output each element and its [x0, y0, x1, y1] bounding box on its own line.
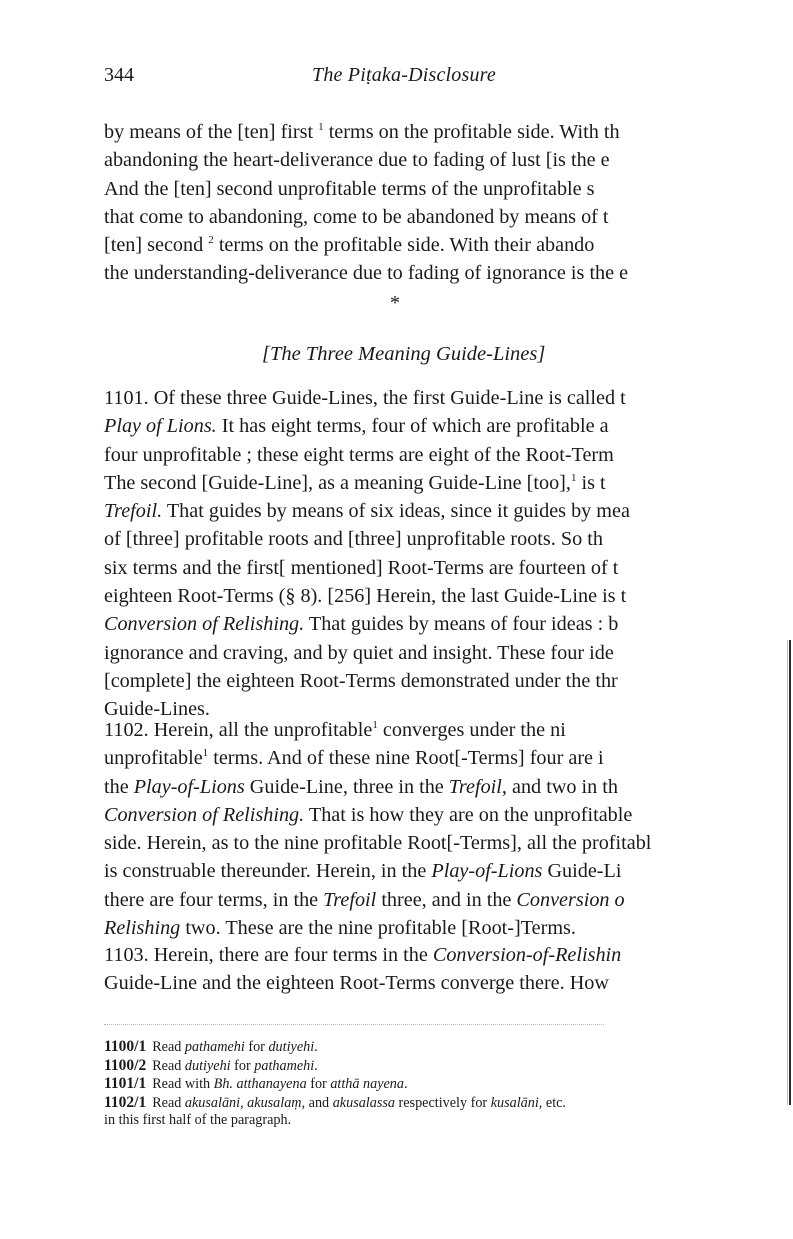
text-run: four unprofitable ; these eight terms ar… [104, 444, 614, 466]
text-line: And the [ten] second unprofitable terms … [104, 175, 793, 203]
text-line: Relishing two. These are the nine profit… [104, 914, 793, 942]
text-run: , and two in th [502, 776, 618, 798]
text-run: , etc. [539, 1095, 566, 1111]
text-run: That guides by means of four ideas : b [304, 613, 618, 635]
text-run: terms on the profitable side. With their… [214, 234, 595, 256]
text-line: six terms and the first[ mentioned] Root… [104, 554, 793, 582]
footnotes: 1100/1Read pathamehi for dutiyehi.1100/2… [104, 1038, 566, 1130]
text-run: That is how they are on the unprofitable [304, 804, 632, 826]
text-run: And the [ten] second unprofitable terms … [104, 178, 595, 200]
text-run: Guide-Line and the eighteen Root-Terms c… [104, 972, 609, 994]
text-line: abandoning the heart-deliverance due to … [104, 146, 793, 174]
text-run: three, and in the [376, 889, 516, 911]
footnote-number: 1102/1 [104, 1094, 146, 1111]
italic-run: Trefoil [449, 776, 502, 798]
text-run: in this first half of the paragraph. [104, 1112, 291, 1128]
italic-run: dutiyehi [185, 1058, 231, 1074]
italic-run: Trefoil [323, 889, 376, 911]
text-line: [complete] the eighteen Root-Terms demon… [104, 667, 793, 695]
text-run: there are four terms, in the [104, 889, 323, 911]
italic-run: Trefoil. [104, 500, 162, 522]
text-run: , and [302, 1095, 333, 1111]
text-line: the Play-of-Lions Guide-Line, three in t… [104, 773, 793, 801]
footnote: in this first half of the paragraph. [104, 1112, 566, 1130]
italic-run: dutiyehi [268, 1039, 314, 1055]
text-line: Play of Lions. It has eight terms, four … [104, 412, 793, 440]
italic-run: pathamehi [185, 1039, 245, 1055]
italic-run: atthā nayena [330, 1076, 404, 1092]
text-line: that come to abandoning, come to be aban… [104, 203, 793, 231]
footnote-number: 1100/1 [104, 1038, 146, 1055]
text-line: by means of the [ten] first 1 terms on t… [104, 118, 793, 146]
text-run: respectively for [395, 1095, 491, 1111]
running-title: The Piṭaka-Disclosure [312, 64, 496, 87]
text-run: ignorance and craving, and by quiet and … [104, 642, 614, 664]
text-run: 1102. Herein, all the unprofitable [104, 719, 372, 741]
footnote: 1102/1Read akusalāni, akusalaṃ, and akus… [104, 1094, 566, 1113]
text-line: of [three] profitable roots and [three] … [104, 525, 793, 553]
italic-run: Conversion-of-Relishin [433, 944, 621, 966]
text-run: Guide-Line, three in the [245, 776, 449, 798]
text-run: 1103. Herein, there are four terms in th… [104, 944, 433, 966]
footnote-number: 1100/2 [104, 1057, 146, 1074]
italic-run: Play of Lions. [104, 415, 217, 437]
page-number: 344 [104, 64, 134, 87]
text-run: by means of the [ten] first [104, 121, 318, 143]
text-run: It has eight terms, four of which are pr… [217, 415, 609, 437]
text-run: . [314, 1039, 318, 1055]
paragraph-1101: 1101. Of these three Guide-Lines, the fi… [104, 384, 793, 724]
text-run: two. These are the nine profitable [Root… [180, 917, 576, 939]
italic-run: kusalāni [491, 1095, 539, 1111]
text-line: side. Herein, as to the nine profitable … [104, 829, 793, 857]
footnote-number: 1101/1 [104, 1075, 146, 1092]
text-run: The second [Guide-Line], as a meaning Gu… [104, 472, 571, 494]
text-run: the [104, 776, 134, 798]
text-run: [complete] the eighteen Root-Terms demon… [104, 670, 618, 692]
text-run: Guide-Li [542, 860, 621, 882]
scan-edge-line [789, 640, 791, 1105]
continuation-paragraph: by means of the [ten] first 1 terms on t… [104, 118, 793, 288]
text-run: Read [152, 1039, 185, 1055]
text-run: terms on the profitable side. With th [324, 121, 620, 143]
text-line: 1101. Of these three Guide-Lines, the fi… [104, 384, 793, 412]
text-run: converges under the ni [378, 719, 566, 741]
text-run: that come to abandoning, come to be aban… [104, 206, 609, 228]
text-line: Trefoil. That guides by means of six ide… [104, 497, 793, 525]
text-line: Conversion of Relishing. That is how the… [104, 801, 793, 829]
text-line: Conversion of Relishing. That guides by … [104, 610, 793, 638]
text-line: unprofitable1 terms. And of these nine R… [104, 744, 793, 772]
book-page: 344 The Piṭaka-Disclosure by means of th… [0, 0, 793, 1239]
text-run: for [307, 1076, 331, 1092]
text-run: is t [576, 472, 605, 494]
footnote: 1100/2Read dutiyehi for pathamehi. [104, 1057, 566, 1076]
italic-run: Relishing [104, 917, 180, 939]
text-run: . [404, 1076, 408, 1092]
text-run: the understanding-deliverance due to fad… [104, 262, 628, 284]
text-run: terms. And of these nine Root[-Terms] fo… [208, 747, 604, 769]
text-run: of [three] profitable roots and [three] … [104, 528, 603, 550]
text-line: The second [Guide-Line], as a meaning Gu… [104, 469, 793, 497]
text-line: 1102. Herein, all the unprofitable1 conv… [104, 716, 793, 744]
italic-run: Conversion o [516, 889, 624, 911]
text-run: six terms and the first[ mentioned] Root… [104, 557, 618, 579]
text-line: Guide-Line and the eighteen Root-Terms c… [104, 969, 793, 997]
section-separator: * [390, 292, 400, 315]
text-run: unprofitable [104, 747, 203, 769]
text-run: Read with [152, 1076, 213, 1092]
text-line: there are four terms, in the Trefoil thr… [104, 886, 793, 914]
text-line: eighteen Root-Terms (§ 8). [256] Herein,… [104, 582, 793, 610]
text-run: That guides by means of six ideas, since… [162, 500, 630, 522]
italic-run: Bh. atthanayena [214, 1076, 307, 1092]
italic-run: Conversion of Relishing. [104, 804, 304, 826]
text-line: [ten] second 2 terms on the profitable s… [104, 231, 793, 259]
text-run: 1101. Of these three Guide-Lines, the fi… [104, 387, 626, 409]
footnote-rule [104, 1024, 604, 1025]
italic-run: akusalāni [185, 1095, 240, 1111]
running-head: 344 The Piṭaka-Disclosure [104, 64, 793, 94]
text-line: the understanding-deliverance due to fad… [104, 259, 793, 287]
text-run: Read [152, 1095, 185, 1111]
text-run: . [314, 1058, 318, 1074]
text-run: for [245, 1039, 269, 1055]
text-run: is construable thereunder. Herein, in th… [104, 860, 431, 882]
scan-edge-shadow [787, 640, 788, 1105]
text-line: four unprofitable ; these eight terms ar… [104, 441, 793, 469]
text-run: eighteen Root-Terms (§ 8). [256] Herein,… [104, 585, 626, 607]
footnote: 1100/1Read pathamehi for dutiyehi. [104, 1038, 566, 1057]
italic-run: Play-of-Lions [134, 776, 245, 798]
text-run: [ten] second [104, 234, 208, 256]
text-run: side. Herein, as to the nine profitable … [104, 832, 651, 854]
paragraph-1102: 1102. Herein, all the unprofitable1 conv… [104, 716, 793, 942]
italic-run: Play-of-Lions [431, 860, 542, 882]
text-line: 1103. Herein, there are four terms in th… [104, 941, 793, 969]
italic-run: akusalassa [333, 1095, 395, 1111]
italic-run: pathamehi [254, 1058, 314, 1074]
italic-run: Conversion of Relishing. [104, 613, 304, 635]
text-run: Read [152, 1058, 185, 1074]
italic-run: akusalaṃ [247, 1095, 301, 1111]
paragraph-1103: 1103. Herein, there are four terms in th… [104, 941, 793, 998]
footnote: 1101/1Read with Bh. atthanayena for atth… [104, 1075, 566, 1094]
text-line: ignorance and craving, and by quiet and … [104, 639, 793, 667]
text-line: is construable thereunder. Herein, in th… [104, 857, 793, 885]
text-run: for [231, 1058, 255, 1074]
section-heading: [The Three Meaning Guide-Lines] [262, 343, 545, 366]
text-run: abandoning the heart-deliverance due to … [104, 149, 610, 171]
